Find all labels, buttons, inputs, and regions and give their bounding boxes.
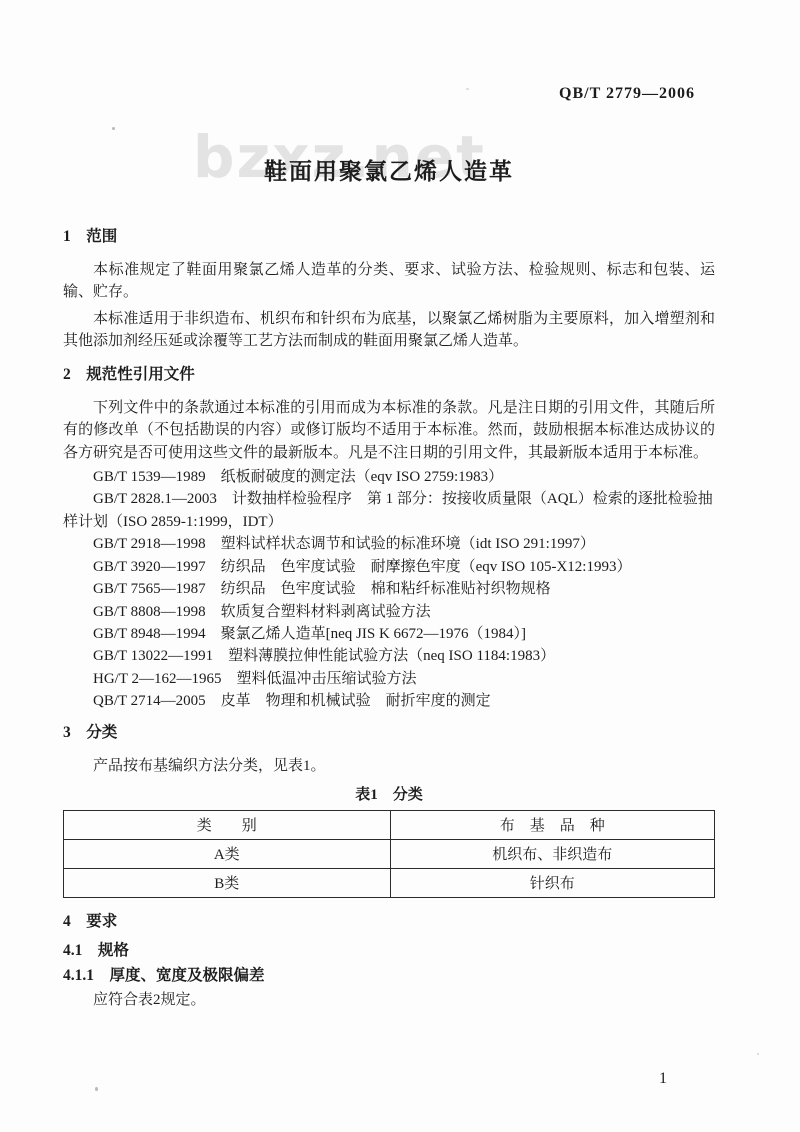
document-title: 鞋面用聚氯乙烯人造革 — [63, 156, 715, 188]
classification-table: 类 别 布 基 品 种 A类 机织布、非织造布 B类 针织布 — [63, 810, 715, 898]
reference-list: GB/T 1539—1989 纸板耐破度的测定法（eqv ISO 2759:19… — [63, 466, 715, 712]
table-row: B类 针织布 — [64, 868, 715, 897]
table-cell: B类 — [64, 868, 391, 897]
section-3-paragraph: 产品按布基编织方法分类，见表1。 — [63, 755, 715, 777]
section-2-intro: 下列文件中的条款通过本标准的引用而成为本标准的条款。凡是注日期的引用文件，其随后… — [63, 397, 715, 464]
table-header-cell: 类 别 — [64, 810, 391, 839]
reference-item: GB/T 2828.1—2003 计数抽样检验程序 第 1 部分：按接收质量限（… — [63, 488, 715, 533]
section-1-paragraph: 本标准适用于非织造布、机织布和针织布为底基，以聚氯乙烯树脂为主要原料，加入增塑剂… — [63, 308, 715, 353]
table-1-caption: 表1 分类 — [63, 784, 715, 806]
page-content: QB/T 2779—2006 鞋面用聚氯乙烯人造革 1 范围 本标准规定了鞋面用… — [0, 0, 800, 1089]
reference-item: GB/T 8948—1994 聚氯乙烯人造革[neq JIS K 6672—19… — [63, 623, 715, 645]
reference-item: HG/T 2—162—1965 塑料低温冲击压缩试验方法 — [63, 668, 715, 690]
table-cell: A类 — [64, 839, 391, 868]
section-1-paragraph: 本标准规定了鞋面用聚氯乙烯人造革的分类、要求、试验方法、检验规则、标志和包装、运… — [63, 259, 715, 304]
table-row: A类 机织布、非织造布 — [64, 839, 715, 868]
reference-item: GB/T 7565—1987 纺织品 色牢度试验 棉和粘纤标准贴衬织物规格 — [63, 578, 715, 600]
section-3-heading: 3 分类 — [63, 722, 715, 744]
section-4-paragraph: 应符合表2规定。 — [63, 989, 715, 1011]
table-header-cell: 布 基 品 种 — [390, 810, 715, 839]
reference-item: QB/T 2714—2005 皮革 物理和机械试验 耐折牢度的测定 — [63, 690, 715, 712]
reference-item: GB/T 2918—1998 塑料试样状态调节和试验的标准环境（idt ISO … — [63, 533, 715, 555]
reference-item: GB/T 3920—1997 纺织品 色牢度试验 耐摩擦色牢度（eqv ISO … — [63, 556, 715, 578]
page-number: 1 — [63, 1069, 715, 1089]
reference-item: GB/T 8808—1998 软质复合塑料材料剥离试验方法 — [63, 601, 715, 623]
table-cell: 机织布、非织造布 — [390, 839, 715, 868]
table-header-row: 类 别 布 基 品 种 — [64, 810, 715, 839]
document-page: bzxz.net QB/T 2779—2006 鞋面用聚氯乙烯人造革 1 范围 … — [0, 0, 800, 1132]
section-1-heading: 1 范围 — [63, 226, 715, 248]
reference-item: GB/T 13022—1991 塑料薄膜拉伸性能试验方法（neq ISO 118… — [63, 645, 715, 667]
reference-item: GB/T 1539—1989 纸板耐破度的测定法（eqv ISO 2759:19… — [63, 466, 715, 488]
section-2-heading: 2 规范性引用文件 — [63, 364, 715, 386]
section-4-1-heading: 4.1 规格 — [63, 940, 715, 962]
section-4-heading: 4 要求 — [63, 911, 715, 933]
table-cell: 针织布 — [390, 868, 715, 897]
section-4-1-1-heading: 4.1.1 厚度、宽度及极限偏差 — [63, 965, 715, 987]
standard-number: QB/T 2779—2006 — [63, 84, 715, 104]
